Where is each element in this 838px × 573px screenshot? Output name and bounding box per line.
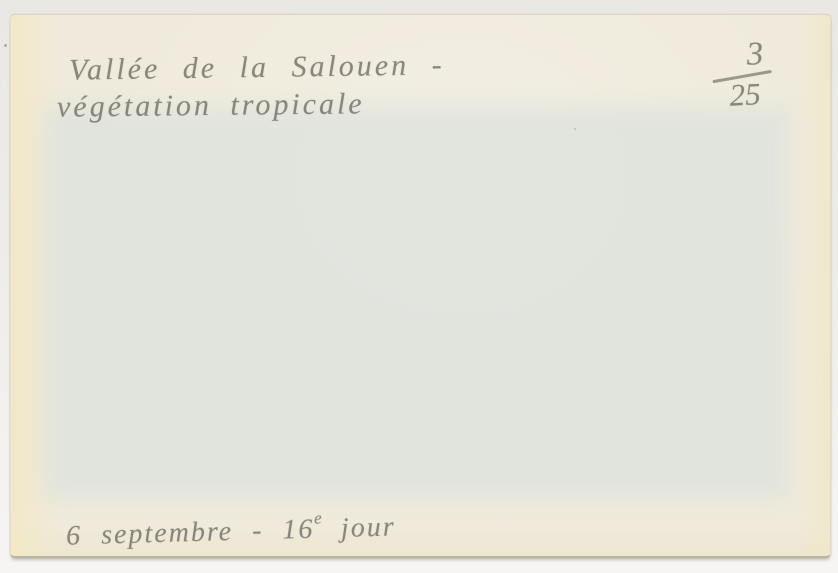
handwritten-date-line: 6 septembre - 16e jour: [66, 507, 396, 550]
fraction-denominator: 25: [729, 78, 762, 111]
pressure-mark-area: [45, 107, 788, 498]
handwritten-numbering-fraction: 3 25: [704, 37, 782, 112]
handwritten-title-line1: Vallée de la Salouen -: [69, 50, 445, 85]
handwritten-title-line2: végétation tropicale: [57, 89, 365, 122]
date-line-prefix: 6 septembre - 16: [66, 514, 315, 552]
dust-speck: [4, 44, 7, 47]
date-line-suffix: jour: [322, 511, 397, 544]
paper-speck: [574, 128, 576, 130]
scan-page: { "card": { "title_line1": "Vallée de la…: [0, 0, 838, 573]
fraction-numerator: 3: [730, 37, 780, 72]
scanner-background: Vallée de la Salouen - végétation tropic…: [0, 0, 838, 573]
photo-card-back: Vallée de la Salouen - végétation tropic…: [10, 14, 831, 558]
